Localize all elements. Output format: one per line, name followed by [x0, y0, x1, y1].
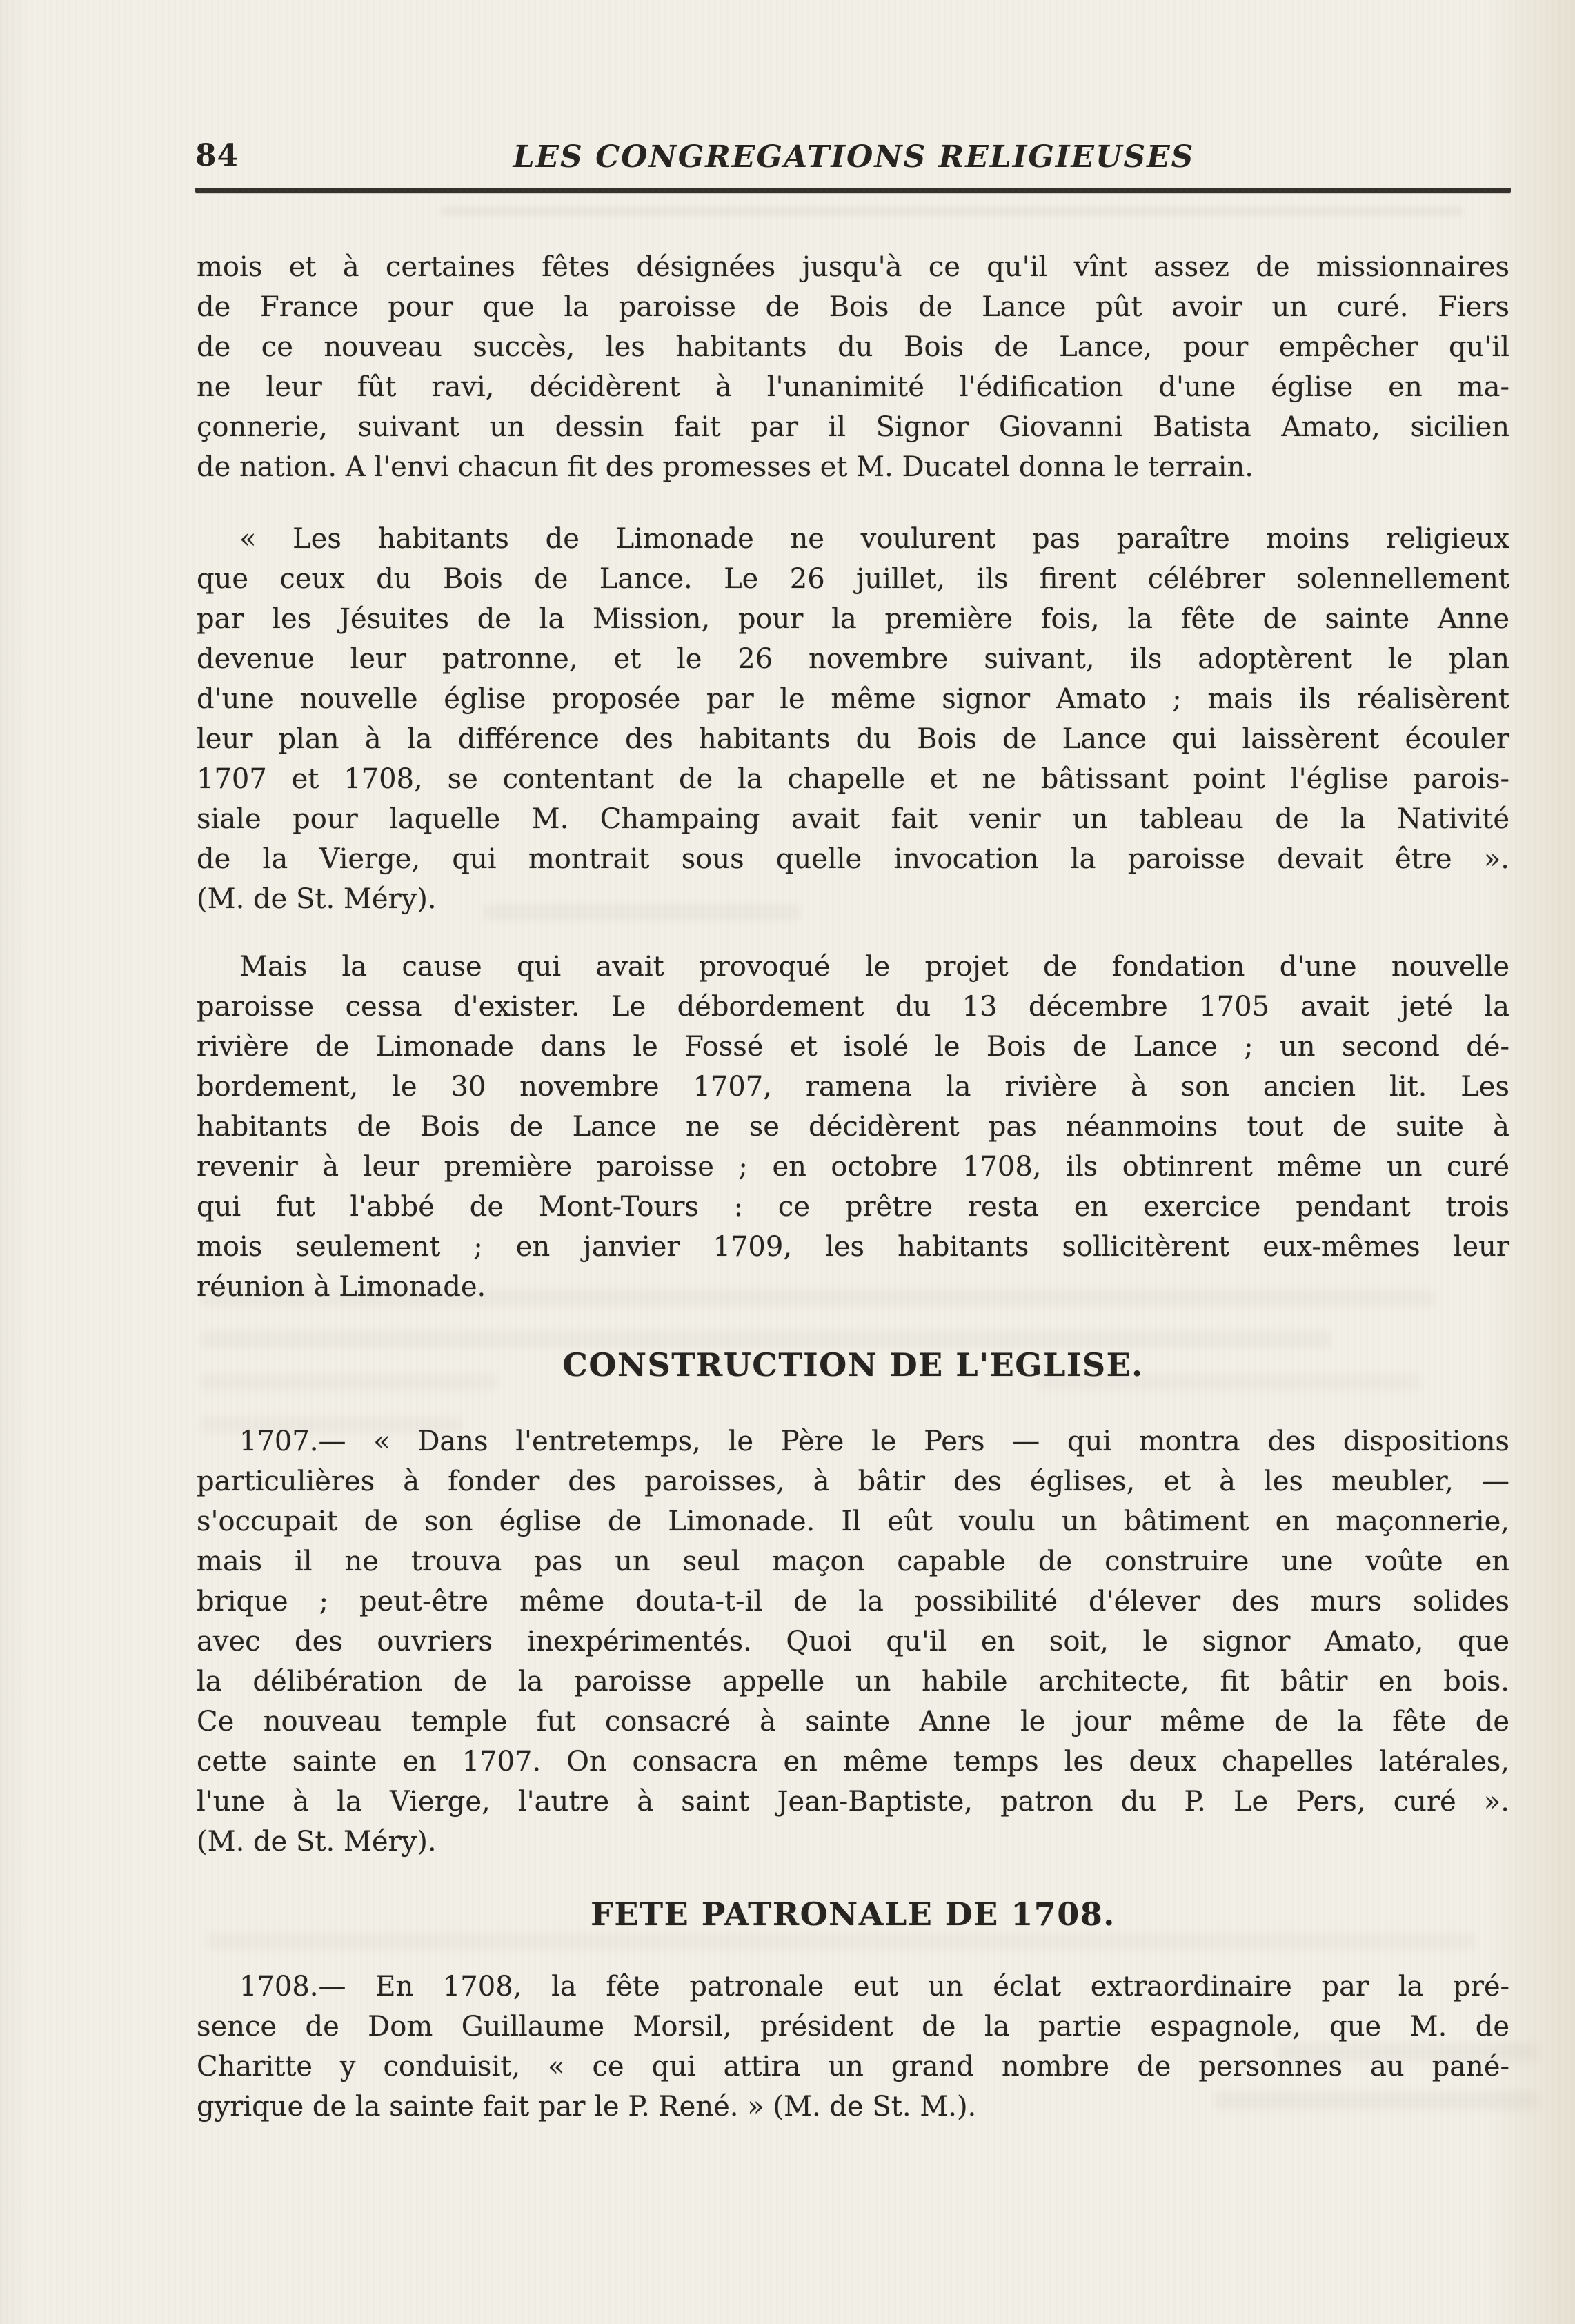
text-line: la délibération de la paroisse appelle u… [197, 1662, 1509, 1702]
text-line: devenue leur patronne, et le 26 novembre… [197, 639, 1509, 679]
text-line: que ceux du Bois de Lance. Le 26 juillet… [197, 559, 1509, 599]
section-heading-construction: CONSTRUCTION DE L'EGLISE. [197, 1344, 1509, 1386]
text-line: qui fut l'abbé de Mont-Tours : ce prêtre… [197, 1187, 1509, 1227]
text-line: brique ; peut-être même douta-t-il de la… [197, 1582, 1509, 1622]
text-line: cette sainte en 1707. On consacra en mêm… [197, 1742, 1509, 1782]
scanned-book-page: 84 LES CONGREGATIONS RELIGIEUSES mois et… [0, 0, 1575, 2324]
paragraph: « Les habitants de Limonade ne voulurent… [197, 519, 1509, 919]
text-line: de France pour que la paroisse de Bois d… [197, 287, 1509, 327]
section-heading-fete: FETE PATRONALE DE 1708. [197, 1893, 1509, 1935]
text-line: siale pour laquelle M. Champaing avait f… [197, 799, 1509, 839]
text-line: par les Jésuites de la Mission, pour la … [197, 599, 1509, 639]
text-line: gyrique de la sainte fait par le P. René… [197, 2087, 1509, 2127]
paragraph: 1708.— En 1708, la fête patronale eut un… [197, 1967, 1509, 2127]
text-line: Charitte y conduisit, « ce qui attira un… [197, 2047, 1509, 2087]
text-line: de nation. A l'envi chacun fit des prome… [197, 447, 1509, 487]
text-line: 1707.— « Dans l'entretemps, le Père le P… [197, 1421, 1509, 1461]
text-line: mois et à certaines fêtes désignées jusq… [197, 247, 1509, 287]
text-line: mois seulement ; en janvier 1709, les ha… [197, 1227, 1509, 1267]
text-line: rivière de Limonade dans le Fossé et iso… [197, 1027, 1509, 1067]
text-column: mois et à certaines fêtes désignées jusq… [197, 247, 1509, 2127]
text-line: (M. de St. Méry). [197, 879, 1509, 919]
text-line: réunion à Limonade. [197, 1267, 1509, 1307]
text-line: habitants de Bois de Lance ne se décidèr… [197, 1107, 1509, 1147]
header-rule [195, 188, 1511, 193]
text-line: d'une nouvelle église proposée par le mê… [197, 679, 1509, 719]
text-line: leur plan à la différence des habitants … [197, 719, 1509, 759]
paragraph: mois et à certaines fêtes désignées jusq… [197, 247, 1509, 487]
text-line: l'une à la Vierge, l'autre à saint Jean-… [197, 1782, 1509, 1822]
text-line: (M. de St. Méry). [197, 1822, 1509, 1862]
text-line: bordement, le 30 novembre 1707, ramena l… [197, 1067, 1509, 1107]
text-line: de ce nouveau succès, les habitants du B… [197, 327, 1509, 367]
header-rule-shadow [442, 207, 1463, 215]
text-line: revenir à leur première paroisse ; en oc… [197, 1147, 1509, 1187]
text-line: 1708.— En 1708, la fête patronale eut un… [197, 1967, 1509, 2007]
paragraph: 1707.— « Dans l'entretemps, le Père le P… [197, 1421, 1509, 1862]
paragraph: Mais la cause qui avait provoqué le proj… [197, 947, 1509, 1307]
text-line: « Les habitants de Limonade ne voulurent… [197, 519, 1509, 559]
text-line: s'occupait de son église de Limonade. Il… [197, 1501, 1509, 1542]
text-line: de la Vierge, qui montrait sous quelle i… [197, 839, 1509, 879]
running-head: 84 LES CONGREGATIONS RELIGIEUSES [0, 0, 1575, 235]
text-line: çonnerie, suivant un dessin fait par il … [197, 407, 1509, 447]
text-line: Ce nouveau temple fut consacré à sainte … [197, 1702, 1509, 1742]
text-line: mais il ne trouva pas un seul maçon capa… [197, 1542, 1509, 1582]
text-line: ne leur fût ravi, décidèrent à l'unanimi… [197, 367, 1509, 407]
text-line: Mais la cause qui avait provoqué le proj… [197, 947, 1509, 987]
text-line: sence de Dom Guillaume Morsil, président… [197, 2007, 1509, 2047]
text-line: 1707 et 1708, se contentant de la chapel… [197, 759, 1509, 799]
text-line: particulières à fonder des paroisses, à … [197, 1461, 1509, 1501]
running-title: LES CONGREGATIONS RELIGIEUSES [197, 139, 1511, 175]
text-line: paroisse cessa d'exister. Le débordement… [197, 987, 1509, 1027]
text-line: avec des ouvriers inexpérimentés. Quoi q… [197, 1622, 1509, 1662]
